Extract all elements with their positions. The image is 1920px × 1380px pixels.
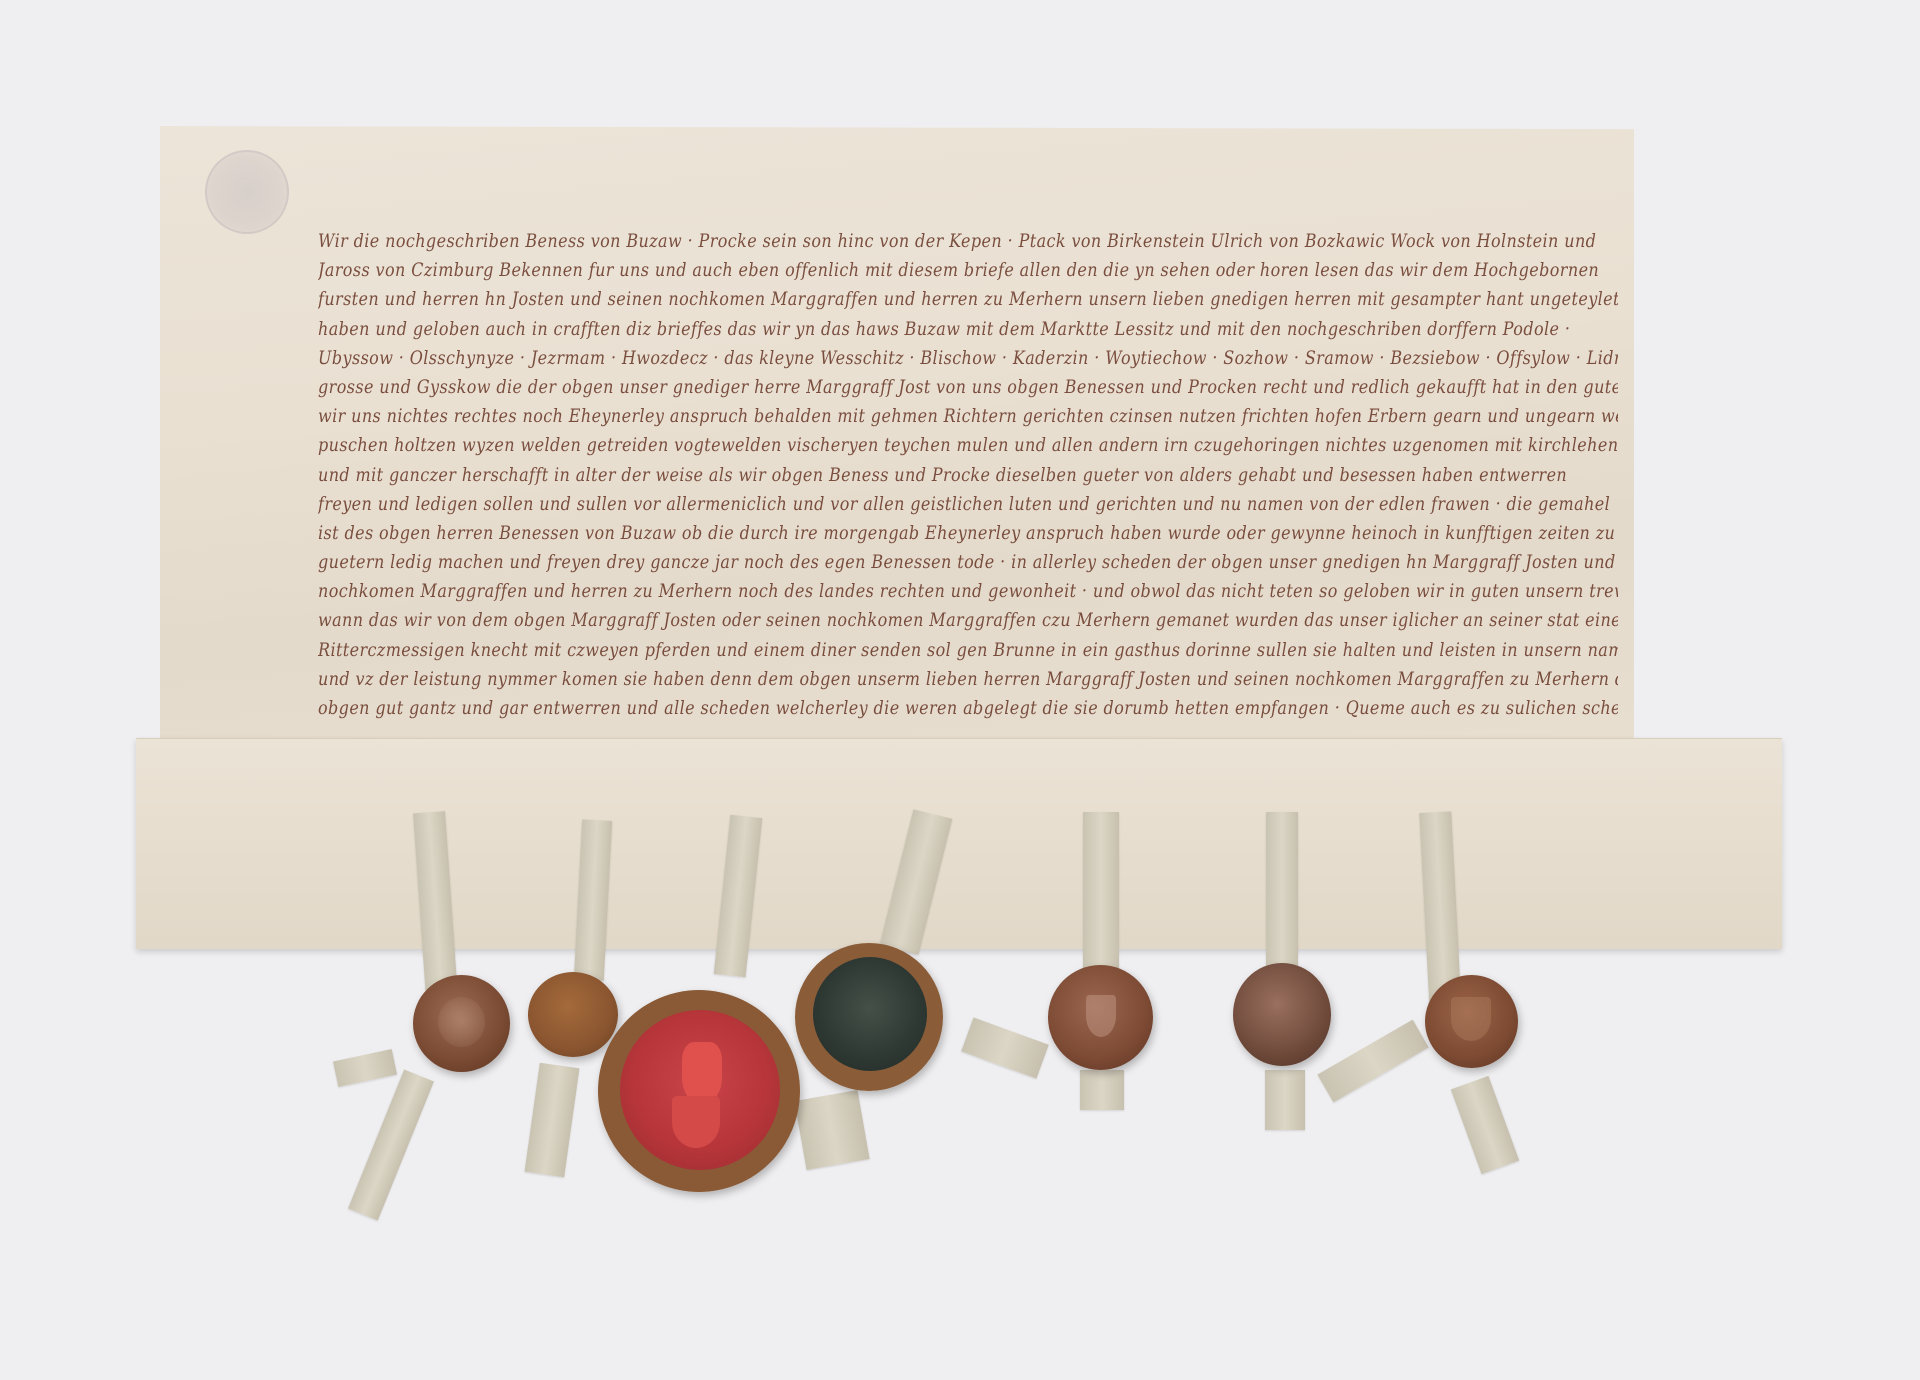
seal-tag-tail bbox=[1265, 1070, 1305, 1130]
charter-plica-fold bbox=[136, 738, 1782, 949]
seal-tag-tail bbox=[961, 1017, 1048, 1078]
text-line: fursten und herren hn Josten und seinen … bbox=[318, 282, 1618, 316]
shield-emblem bbox=[1451, 997, 1491, 1041]
wax-seal-2 bbox=[528, 972, 618, 1057]
wax-seal-1 bbox=[413, 975, 510, 1072]
charter-text: Wir die nochgeschriben Beness von Buzaw … bbox=[318, 226, 1618, 722]
seal-tag-tail bbox=[525, 1063, 580, 1177]
seal-tag-tail bbox=[1451, 1076, 1519, 1174]
wax-seal-4-dark bbox=[795, 943, 943, 1091]
helmet-crest-emblem bbox=[682, 1042, 722, 1102]
wax-seal-6 bbox=[1233, 963, 1331, 1066]
shield-emblem bbox=[1086, 995, 1116, 1037]
seal-eagle-emblem bbox=[438, 997, 485, 1047]
seal-tag-tail bbox=[1080, 1070, 1124, 1110]
seal-tag-tail bbox=[1317, 1020, 1428, 1103]
text-line: obgen gut gantz und gar entwerren und al… bbox=[318, 691, 1618, 725]
text-line: wann das wir von dem obgen Marggraff Jos… bbox=[318, 603, 1618, 637]
red-wax-face bbox=[620, 1010, 780, 1170]
archive-stamp-mark bbox=[205, 150, 289, 234]
text-line: puschen holtzen wyzen welden getreiden v… bbox=[318, 428, 1618, 462]
dark-wax-face bbox=[813, 957, 927, 1071]
seal-tag-tail bbox=[794, 1090, 869, 1170]
wax-seal-7 bbox=[1425, 975, 1518, 1068]
wax-seal-5 bbox=[1048, 965, 1153, 1070]
shield-emblem bbox=[672, 1096, 720, 1148]
seal-tag-tail bbox=[348, 1069, 434, 1220]
seal-tag-tail bbox=[333, 1049, 397, 1087]
wax-seal-3-red bbox=[598, 990, 800, 1192]
